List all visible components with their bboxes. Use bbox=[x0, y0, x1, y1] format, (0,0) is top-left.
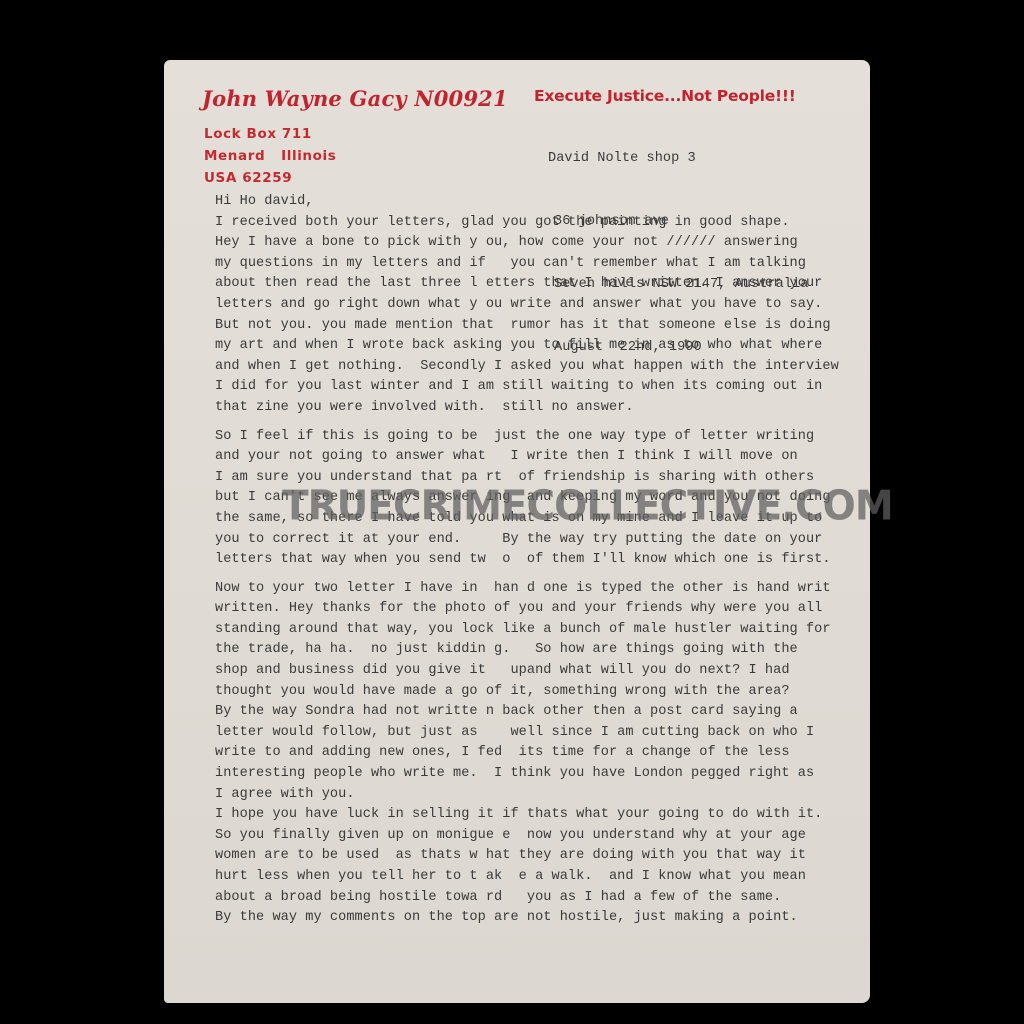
letter-line: By the way my comments on the top are no… bbox=[215, 908, 839, 929]
letter-line: I hope you have luck in selling it if th… bbox=[215, 805, 839, 826]
letter-line: and your not going to answer what I writ… bbox=[215, 447, 839, 468]
letter-line: So you finally given up on monigue e now… bbox=[215, 826, 839, 847]
letter-line: women are to be used as thats w hat they… bbox=[215, 846, 839, 867]
letter-line: hurt less when you tell her to t ak e a … bbox=[215, 867, 839, 888]
letter-page: John Wayne Gacy N00921 Lock Box 711 Mena… bbox=[164, 60, 870, 1003]
letter-line: interesting people who write me. I think… bbox=[215, 764, 839, 785]
letterhead-address-line: Menard Illinois bbox=[204, 148, 336, 164]
recipient-line: David Nolte shop 3 bbox=[548, 148, 808, 169]
letter-line: and when I get nothing. Secondly I asked… bbox=[215, 357, 839, 378]
letter-line: So I feel if this is going to be just th… bbox=[215, 427, 839, 448]
letter-line: my questions in my letters and if you ca… bbox=[215, 254, 839, 275]
letter-line: written. Hey thanks for the photo of you… bbox=[215, 599, 839, 620]
letter-line: shop and business did you give it upand … bbox=[215, 661, 839, 682]
letter-line: letter would follow, but just as well si… bbox=[215, 723, 839, 744]
letter-line: my art and when I wrote back asking you … bbox=[215, 336, 839, 357]
letter-line: write to and adding new ones, I fed its … bbox=[215, 743, 839, 764]
letter-line: letters and go right down what y ou writ… bbox=[215, 295, 839, 316]
letter-line: But not you. you made mention that rumor… bbox=[215, 316, 839, 337]
letter-line: Hi Ho david, bbox=[215, 192, 839, 213]
letter-line: I did for you last winter and I am still… bbox=[215, 377, 839, 398]
letter-line: the same, so there I have told you what … bbox=[215, 509, 839, 530]
letter-body: Hi Ho david,I received both your letters… bbox=[215, 192, 839, 937]
letter-paragraph: Now to your two letter I have in han d o… bbox=[215, 579, 839, 929]
letter-line: the trade, ha ha. no just kiddin g. So h… bbox=[215, 640, 839, 661]
letter-paragraph: Hi Ho david,I received both your letters… bbox=[215, 192, 839, 419]
letter-line: Now to your two letter I have in han d o… bbox=[215, 579, 839, 600]
letter-line: I agree with you. bbox=[215, 785, 839, 806]
letterhead-name: John Wayne Gacy N00921 bbox=[202, 86, 508, 111]
letter-line: letters that way when you send tw o of t… bbox=[215, 550, 839, 571]
letter-line: but I can't see me always answer ing and… bbox=[215, 488, 839, 509]
letter-line: that zine you were involved with. still … bbox=[215, 398, 839, 419]
letter-line: I received both your letters, glad you g… bbox=[215, 213, 839, 234]
letterhead-slogan: Execute Justice...Not People!!! bbox=[534, 87, 796, 105]
letter-line: Hey I have a bone to pick with y ou, how… bbox=[215, 233, 839, 254]
letter-line: about a broad being hostile towa rd you … bbox=[215, 888, 839, 909]
letter-line: about then read the last three l etters … bbox=[215, 274, 839, 295]
letter-line: By the way Sondra had not writte n back … bbox=[215, 702, 839, 723]
letter-line: standing around that way, you lock like … bbox=[215, 620, 839, 641]
letterhead-address-line: Lock Box 711 bbox=[204, 126, 312, 142]
letter-line: thought you would have made a go of it, … bbox=[215, 682, 839, 703]
letter-line: I am sure you understand that pa rt of f… bbox=[215, 468, 839, 489]
letterhead-address-line: USA 62259 bbox=[204, 170, 292, 186]
letter-line: you to correct it at your end. By the wa… bbox=[215, 530, 839, 551]
letter-paragraph: So I feel if this is going to be just th… bbox=[215, 427, 839, 571]
